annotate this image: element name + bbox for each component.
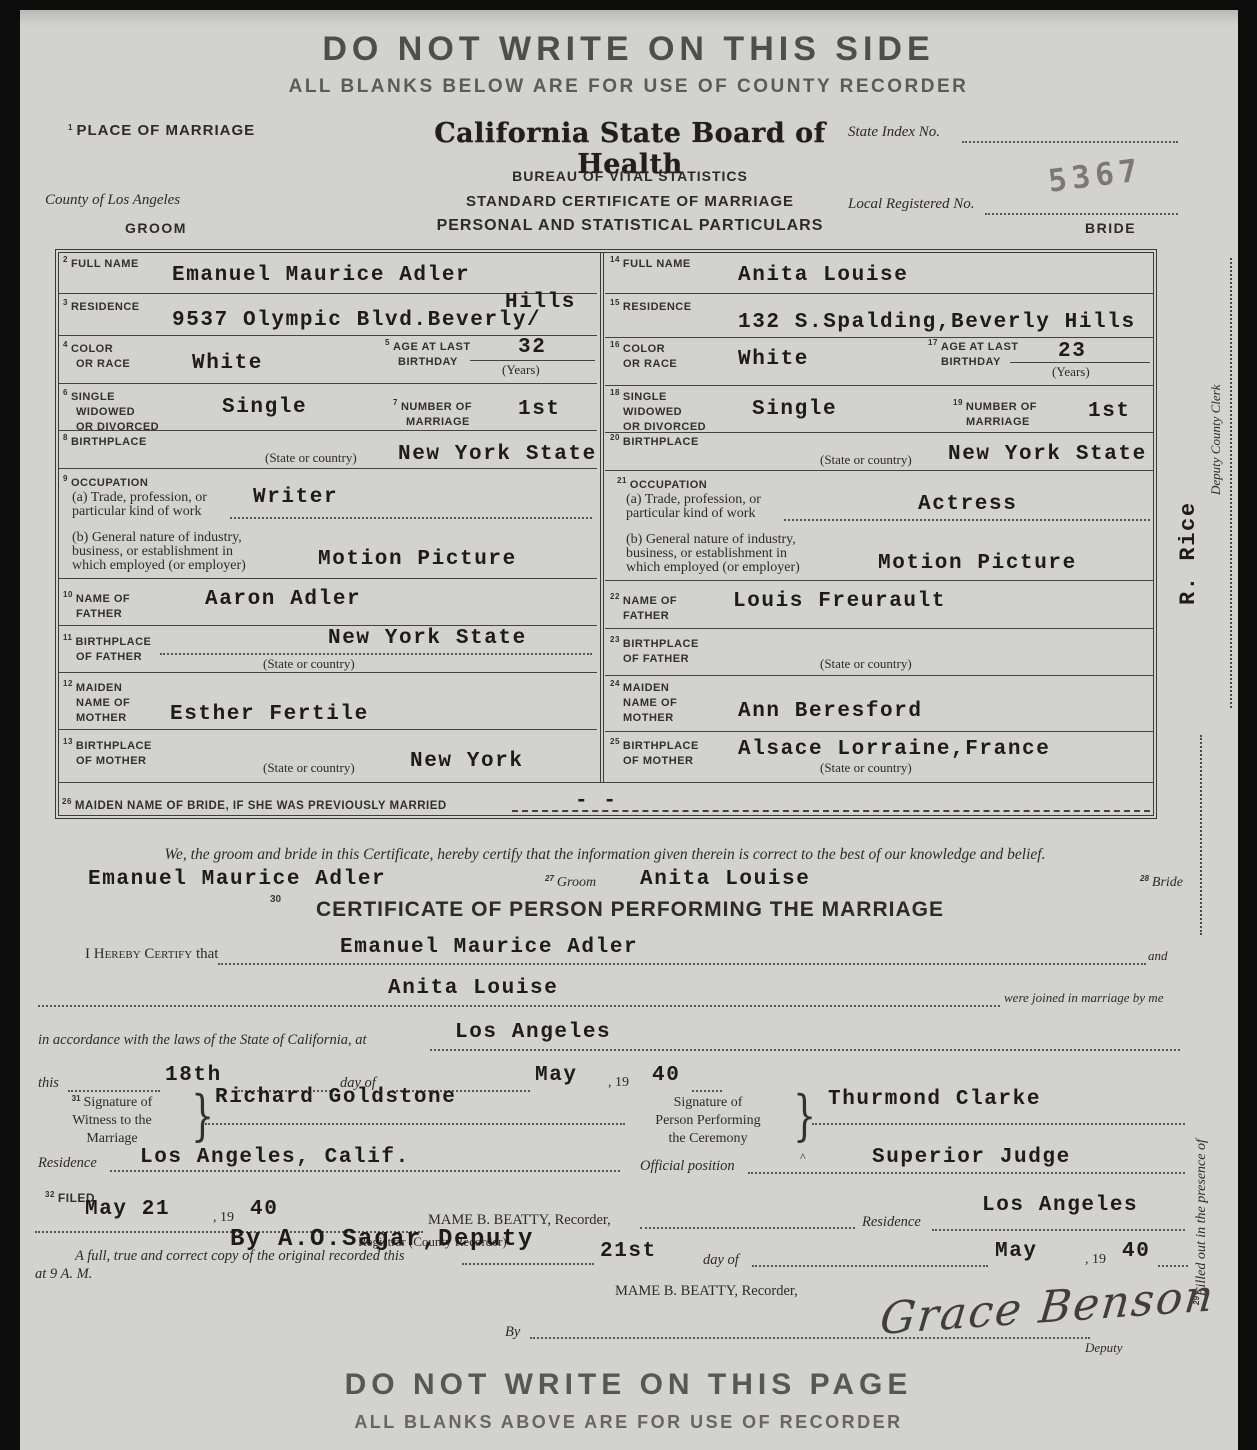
groom-father-label: 10NAME OFFATHER [63,590,130,622]
footer-blanks-note: ALL BLANKS ABOVE ARE FOR USE OF RECORDER [0,1412,1257,1433]
groom-birthplace-note: (State or country) [265,450,357,466]
copy-day-of-label: day of [703,1252,739,1269]
bride-status-label: 18SINGLEWIDOWEDOR DIVORCED [610,388,706,435]
bride-birthplace-value: New York State [948,443,1147,466]
table-center-divider [600,253,604,782]
bride-residence-value: 132 S.Spalding,Beverly Hills [738,311,1136,334]
recorder-residence-value: Los Angeles [982,1194,1138,1217]
bride-marriage-no-value: 1st [1088,400,1131,423]
witness-line [205,1108,625,1125]
copy-day-value: 21st [600,1240,657,1263]
witness-label: 31Signature ofWitness to theMarriage [36,1094,188,1149]
clerk-signature: R. Rice [1176,390,1201,605]
groom-birthplace-label: 8BIRTHPLACE [63,433,147,450]
place-of-marriage-label: 1PLACE OF MARRIAGE [68,122,255,139]
scan-border-top [0,0,1257,10]
bride-column-heading: BRIDE [1085,220,1136,236]
officiant-line [812,1108,1185,1125]
bride-residence-label: 15RESIDENCE [610,298,692,315]
bride-father-value: Louis Freurault [733,590,946,613]
blanks-note-heading: ALL BLANKS BELOW ARE FOR USE OF COUNTY R… [0,76,1257,98]
row-line [59,782,1153,783]
groom-color-label: 4COLOROR RACE [63,340,130,372]
bride-occupation-b-value: Motion Picture [878,552,1077,575]
groom-residence-value: 9537 Olympic Blvd.Beverly/ [172,309,541,332]
age-underline [1010,362,1150,363]
recorder-name-2: MAME B. BEATTY, Recorder, [615,1283,798,1300]
couple-certify-statement: We, the groom and bride in this Certific… [110,846,1100,864]
paper-edge-shadow [20,10,1238,26]
year-line [692,1074,722,1092]
performer-groom-name: Emanuel Maurice Adler [340,936,638,959]
copy-day-line [462,1248,594,1265]
witness-residence-value: Los Angeles, Calif. [140,1146,410,1169]
father-birthplace-line [160,638,592,655]
local-registered-number-stamp: 5367 [1046,152,1144,199]
groom-father-birthplace-note: (State or country) [263,656,355,672]
groom-age-years-note: (Years) [502,362,540,378]
accordance-label: in accordance with the laws of the State… [38,1032,367,1049]
printed-19: , 19 [608,1075,629,1091]
bride-age-years-note: (Years) [1052,364,1090,380]
groom-color-value: White [192,352,263,375]
groom-column-heading: GROOM [125,220,187,236]
row-line [59,729,597,730]
groom-mother-birthplace-note: (State or country) [263,760,355,776]
groom-marriage-no-value: 1st [518,398,561,421]
bride-father-birthplace-label: 23BIRTHPLACEOF FATHER [610,635,699,667]
marriage-certificate-document: DO NOT WRITE ON THIS SIDE ALL BLANKS BEL… [0,0,1257,1450]
groom-occupation-b-value: Motion Picture [318,548,517,571]
performer-bride-name: Anita Louise [388,977,558,1000]
day-line [68,1074,160,1092]
copy-time-note: at 9 A. M. [35,1266,92,1283]
bride-signature-label: 28Bride [1140,874,1183,891]
bride-color-label: 16COLOROR RACE [610,340,677,372]
clerk-title: Deputy County Clerk [1208,295,1224,495]
bureau-label: BUREAU OF VITAL STATISTICS [400,168,860,184]
row-line [605,675,1153,676]
groom-status-label: 6SINGLEWIDOWEDOR DIVORCED [63,388,159,435]
copy-year-value: 40 [1122,1240,1150,1263]
row-line [59,335,597,336]
state-index-line [962,124,1178,143]
bride-mother-birthplace-label: 25BIRTHPLACEOF MOTHER [610,737,699,769]
bride-father-label: 22NAME OFFATHER [610,592,677,624]
officiant-label: Signature ofPerson Performingthe Ceremon… [628,1094,788,1149]
groom-mother-label: 12MAIDENNAME OFMOTHER [63,679,130,726]
particulars-heading: PERSONAL AND STATISTICAL PARTICULARS [360,217,900,235]
row-line [59,625,597,626]
row-line [59,468,597,469]
hereby-certify-label: I Hereby Certify that [85,946,218,963]
county-label: County of Los Angeles [45,192,180,209]
groom-father-value: Aaron Adler [205,588,361,611]
do-not-write-heading: DO NOT WRITE ON THIS SIDE [0,30,1257,69]
bride-occupation-a2: particular kind of work [626,506,755,522]
bride-signature: Anita Louise [640,868,810,891]
true-copy-statement: A full, true and correct copy of the ori… [75,1248,405,1265]
groom-signature-label: 27Groom [545,874,596,891]
row-line [59,578,597,579]
marriage-year-value: 40 [652,1064,680,1087]
performer-certificate-heading: CERTIFICATE OF PERSON PERFORMING THE MAR… [280,898,980,922]
and-label: and [1148,948,1168,964]
copy-month-line [752,1250,988,1267]
place-line [430,1032,1180,1051]
maiden-name-row-line [512,795,1150,812]
row-line [605,385,1153,386]
official-position-label: Official position [640,1158,735,1175]
bride-age-value: 23 [1058,340,1086,363]
scan-border-left [0,0,20,1450]
row-line [605,731,1153,732]
joined-label: were joined in marriage by me [1004,990,1163,1006]
by-label: By [505,1324,520,1341]
bride-occupation-label: 21OCCUPATION [617,476,707,493]
local-registered-label: Local Registered No. [848,196,975,213]
groom-occupation-a-value: Writer [253,486,338,509]
bride-occupation-b3: which employed (or employer) [626,560,800,576]
groom-occupation-label: 9OCCUPATION [63,474,148,491]
bride-full-name-value: Anita Louise [738,264,908,287]
footer-do-not-write: DO NOT WRITE ON THIS PAGE [0,1368,1257,1402]
marriage-month-value: May [535,1064,578,1087]
copy-19: , 19 [1085,1252,1106,1268]
bride-age-label: 17AGE AT LASTBIRTHDAY [928,338,1019,370]
groom-signature: Emanuel Maurice Adler [88,868,386,891]
groom-status-value: Single [222,396,307,419]
bride-birthplace-note: (State or country) [820,452,912,468]
local-registered-line [985,196,1178,215]
standard-certificate-label: STANDARD CERTIFICATE OF MARRIAGE [400,193,860,210]
witness-signature: Richard Goldstone [215,1086,456,1109]
bride-color-value: White [738,348,809,371]
maiden-name-row-label: 26MAIDEN NAME OF BRIDE, IF SHE WAS PREVI… [62,797,447,815]
groom-age-label: 5AGE AT LASTBIRTHDAY [385,338,471,370]
this-label: this [38,1075,59,1092]
groom-father-birthplace-label: 11BIRTHPLACEOF FATHER [63,633,151,665]
bride-birthplace-label: 20BIRTHPLACE [610,433,699,450]
copy-year-line [1158,1250,1188,1267]
row-line [605,470,1153,471]
row-line [605,293,1153,294]
bride-father-birthplace-note: (State or country) [820,656,912,672]
bride-mother-value: Ann Beresford [738,700,923,723]
groom-full-name-value: Emanuel Maurice Adler [172,264,470,287]
scan-border-right [1238,0,1257,1450]
groom-occupation-b3: which employed (or employer) [72,558,246,574]
clerk-signature-line [1230,258,1232,708]
state-index-label: State Index No. [848,124,940,141]
row-line [59,672,597,673]
groom-residence-label: 3RESIDENCE [63,298,140,315]
groom-occupation-a2: particular kind of work [72,504,201,520]
official-position-value: Superior Judge [872,1146,1071,1169]
witness-residence-label: Residence [38,1155,97,1172]
deputy-label: Deputy [1085,1340,1123,1356]
row-line [59,383,597,384]
presence-note: 29Filled out in the presence of [1192,945,1210,1305]
groom-age-value: 32 [518,336,546,359]
age-underline [470,360,595,361]
groom-birthplace-value: New York State [398,443,597,466]
groom-mother-birthplace-label: 13BIRTHPLACEOF MOTHER [63,737,152,769]
recorder-residence-label: Residence [862,1214,921,1231]
presence-line [1200,735,1202,935]
bride-occupation-a-value: Actress [918,493,1017,516]
bride-mother-label: 24MAIDENNAME OFMOTHER [610,679,677,726]
row-line [605,580,1153,581]
groom-mother-value: Esther Fertile [170,703,369,726]
official-position-mark: ^ [800,1150,806,1165]
bride-mother-birthplace-note: (State or country) [820,760,912,776]
groom-mother-birthplace-value: New York [410,750,524,773]
recorder-line [640,1212,855,1229]
groom-marriage-no-label: 7NUMBER OFMARRIAGE [393,398,472,430]
bride-status-value: Single [752,398,837,421]
bride-marriage-no-label: 19NUMBER OFMARRIAGE [953,398,1037,430]
row-line [605,628,1153,629]
bride-full-name-label: 14FULL NAME [610,255,691,272]
bride-mother-birthplace-value: Alsace Lorraine,France [738,738,1050,761]
row-line [605,337,1153,338]
groom-full-name-label: 2FULL NAME [63,255,139,272]
copy-month-value: May [995,1240,1038,1263]
